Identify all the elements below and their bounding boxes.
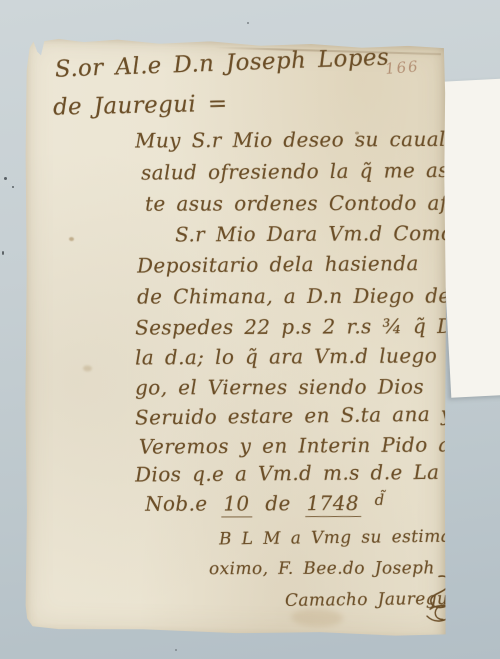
dust-speck <box>4 177 7 180</box>
scan-background: 166 S.or Al.e D.n Joseph Lopes de Jaureg… <box>0 0 500 659</box>
body-line: de Chimana, a D.n Diego de <box>137 283 451 308</box>
date-line: Nob.e 10 de 1748 d̃ <box>145 491 385 518</box>
body-line: Muy S.r Mio deseo su cauall <box>135 127 453 153</box>
body-line: salud ofresiendo la q̃ me asis <box>141 158 467 185</box>
date-of: de <box>265 491 291 515</box>
address-line: S.or Al.e D.n Joseph Lopes <box>54 44 390 82</box>
closing-line: oximo, F. Bee.do Joseph <box>209 558 435 579</box>
date-year: 1748 <box>304 491 361 517</box>
body-line: Sespedes 22 p.s 2 r.s ¾ q̃ Deuia <box>135 314 499 340</box>
dust-speck <box>175 649 177 651</box>
dust-speck <box>247 22 249 24</box>
foxing-stain <box>291 608 343 627</box>
foxing-stain <box>83 365 92 371</box>
date-flourish: d̃ <box>374 491 384 509</box>
body-line: Dios q.e a Vm.d m.s d.e La Paz ey <box>135 459 500 486</box>
foxing-stain <box>69 237 74 241</box>
address-line: de Jauregui = <box>52 91 228 121</box>
letter-paper: 166 S.or Al.e D.n Joseph Lopes de Jaureg… <box>25 36 446 639</box>
body-line: Veremos y en Interin Pido a <box>139 432 451 458</box>
dust-speck <box>2 251 4 255</box>
body-line: Seruido estare en S.ta ana y nos <box>135 401 500 429</box>
body-line: Depositario dela hasienda <box>137 251 420 277</box>
body-line: la d.a; lo q̃ ara Vm.d luego lue <box>135 343 481 369</box>
signature-rubric-icon <box>421 573 457 626</box>
closing-line: B L M a Vmg su estimador <box>219 526 482 549</box>
body-line: te asus ordenes Contodo afecto <box>145 191 493 216</box>
date-day: 10 <box>221 491 252 517</box>
date-month: Nob.e <box>145 492 208 516</box>
body-line: go, el Viernes siendo Dios <box>135 374 425 399</box>
body-line: S.r Mio Dara Vm.d Como <box>175 221 454 246</box>
dust-speck <box>12 186 14 188</box>
